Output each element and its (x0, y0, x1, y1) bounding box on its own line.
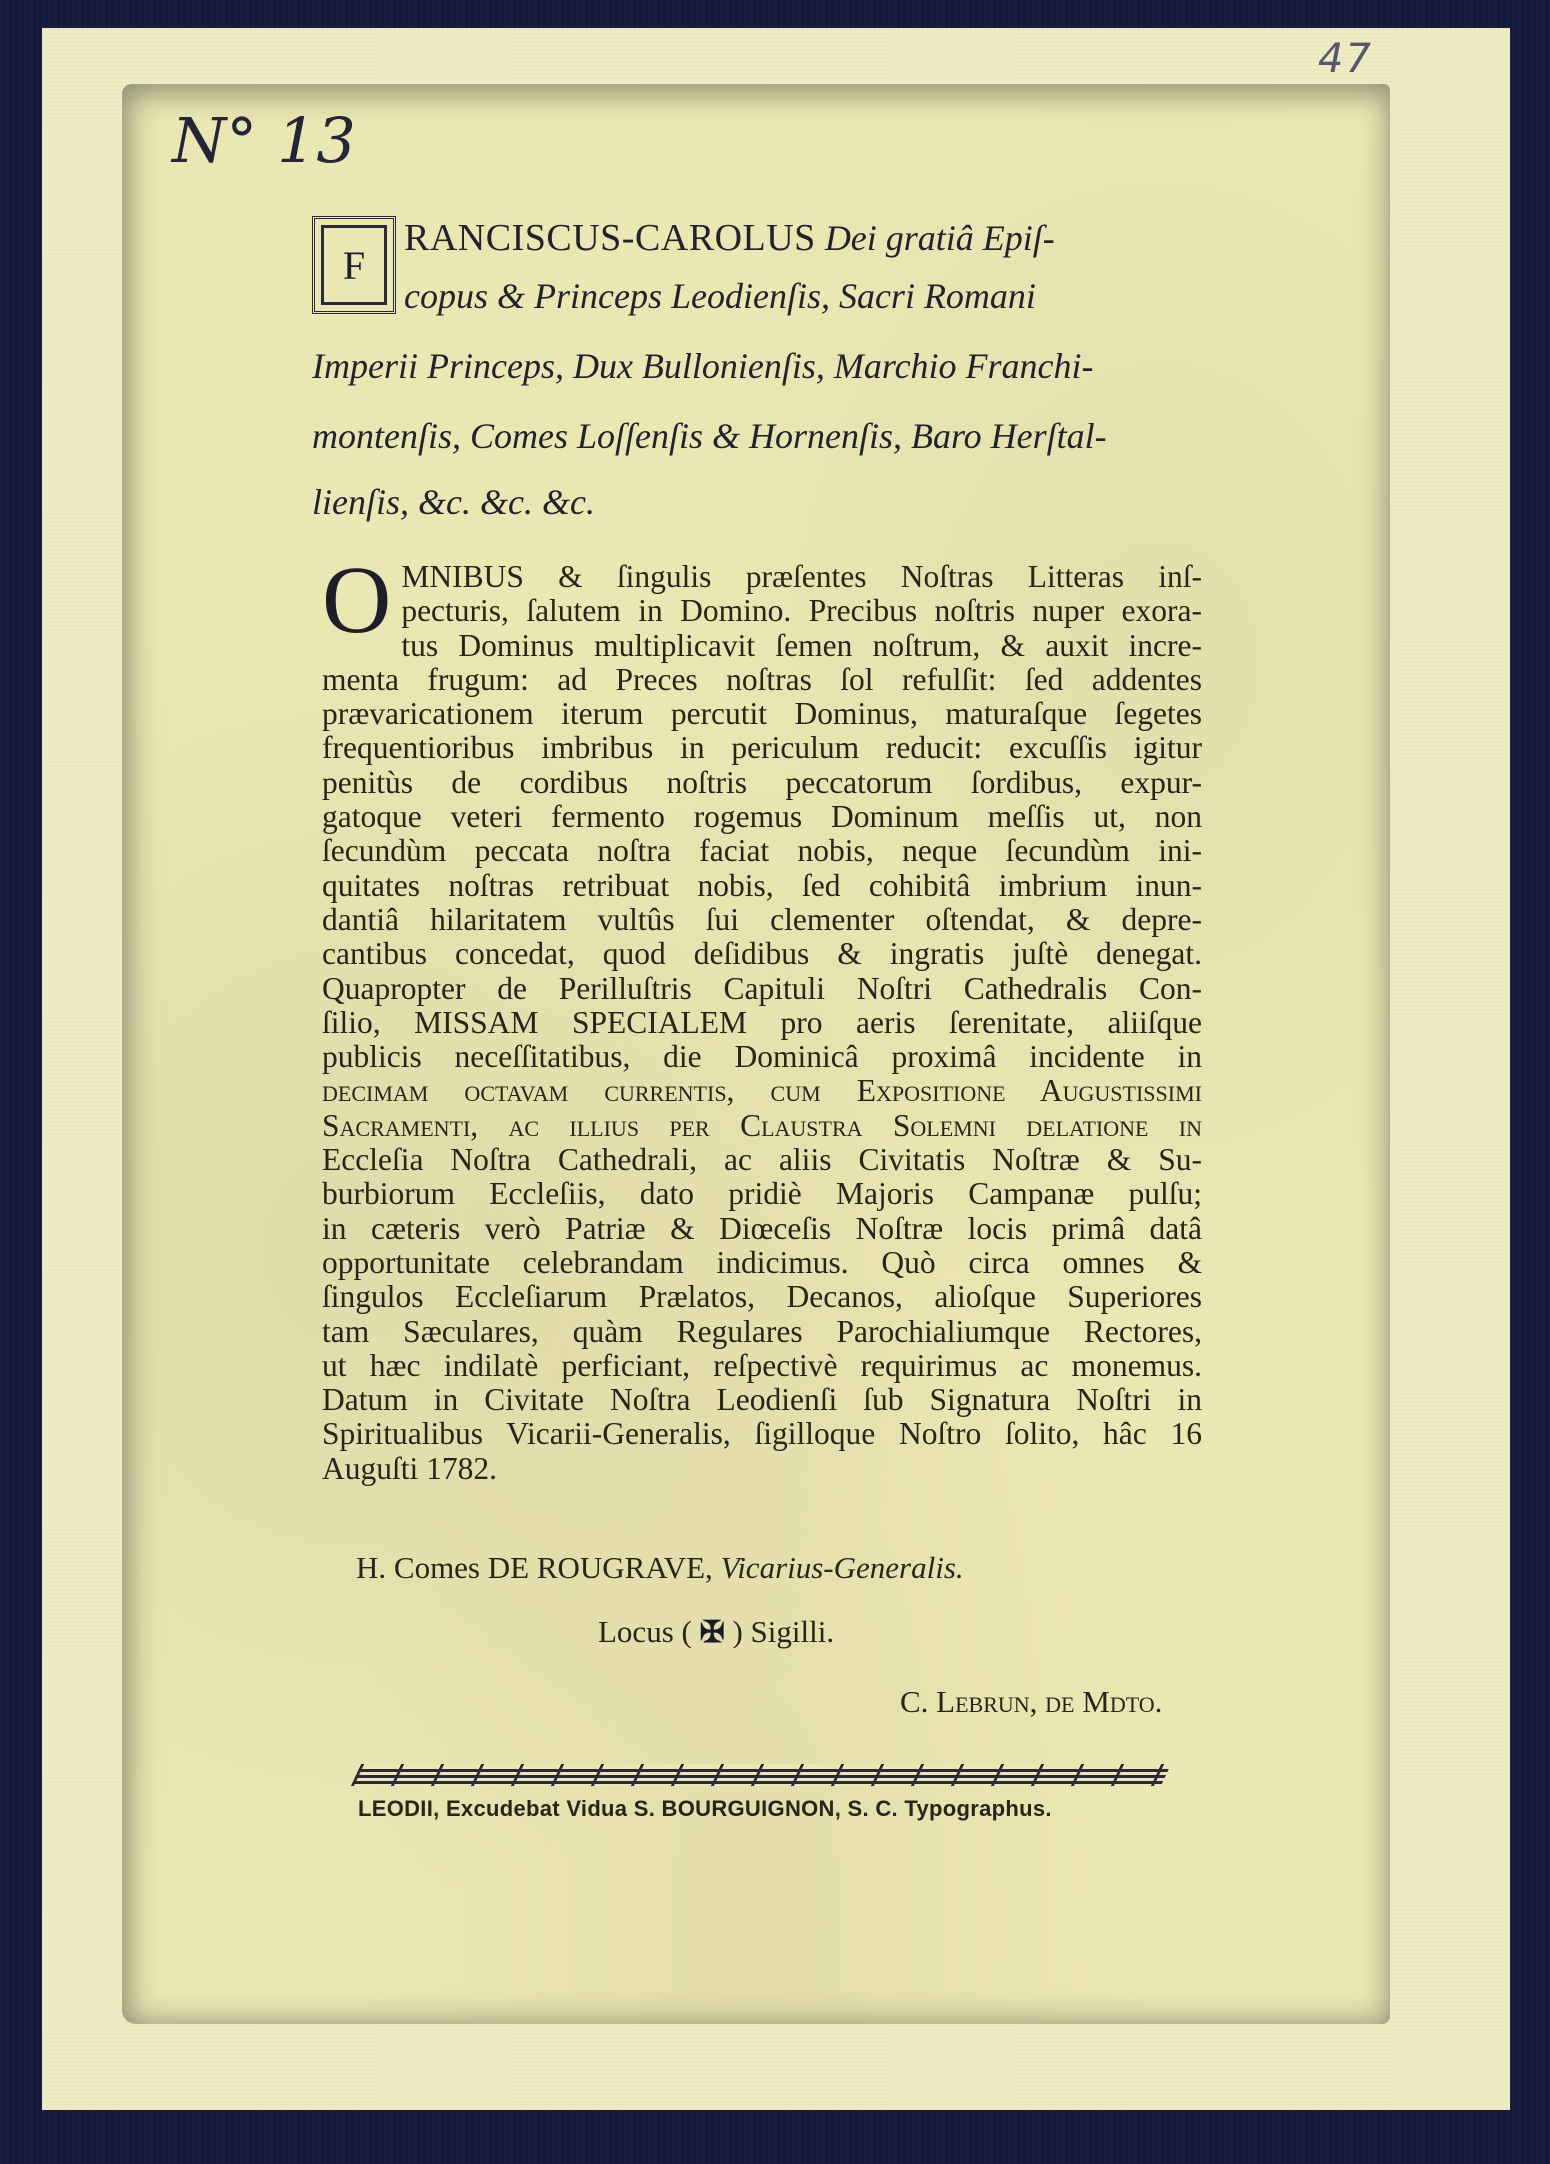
body-line: cantibus concedat, quod deſidibus & ingr… (322, 937, 1202, 971)
seal-label-before: Locus ( (598, 1614, 692, 1649)
body-line: burbiorum Eccleſiis, dato pridiè Majoris… (322, 1177, 1202, 1211)
title-name: RANCISCUS-CAROLUS (404, 217, 816, 259)
printer-imprint: LEODII, Excudebat Vidua S. BOURGUIGNON, … (358, 1796, 1052, 1822)
signatory-title: Vicarius-Generalis. (721, 1550, 964, 1585)
body-line: prævaricationem iterum percutit Dominus,… (322, 697, 1202, 731)
dropcap-o: O (322, 562, 391, 638)
signature-line: H. Comes DE ROUGRAVE, Vicarius-Generalis… (356, 1550, 964, 1586)
body-line: Datum in Civitate Noſtra Leodienſi ſub S… (322, 1383, 1202, 1417)
body-line: Quapropter de Perilluſtris Capituli Noſt… (322, 972, 1202, 1006)
body-line: in cæteris verò Patriæ & Diœceſis Noſtræ… (322, 1212, 1202, 1246)
title-line-2: copus & Princeps Leodienſis, Sacri Roman… (404, 274, 1036, 318)
title-line-1: RANCISCUS-CAROLUS Dei gratiâ Epiſ- (404, 216, 1055, 260)
cross-pattee-icon: ✠ (700, 1616, 725, 1649)
body-line: dantiâ hilaritatem vultûs ſui clementer … (322, 903, 1202, 937)
body-line: publicis neceſſitatibus, die Dominicâ pr… (322, 1040, 1202, 1074)
body-line: Spiritualibus Vicarii-Generalis, ſigillo… (322, 1417, 1202, 1451)
ornamental-dropcap-f: F (312, 216, 396, 314)
body-line-date: Auguſti 1782. (322, 1452, 1202, 1486)
body-line: gatoque veteri fermento rogemus Dominum … (322, 800, 1202, 834)
title-line-1-rest: Dei gratiâ Epiſ- (816, 218, 1055, 258)
body-line: penitùs de cordibus noſtris peccatorum ſ… (322, 766, 1202, 800)
body-line: Sacramenti, ac illius per Clauſtra Solem… (322, 1109, 1202, 1143)
body-line: tus Dominus multiplicavit ſemen noſtrum,… (322, 629, 1202, 663)
handwritten-number: N° 13 (172, 104, 356, 177)
body-line: ut hæc indilatè perficiant, reſpectivè r… (322, 1349, 1202, 1383)
signatory-name: H. Comes DE ROUGRAVE, (356, 1550, 713, 1585)
title-line-3: Imperii Princeps, Dux Bullonienſis, Marc… (312, 344, 1094, 388)
body-line: opportunitate celebrandam indicimus. Quò… (322, 1246, 1202, 1280)
ornamental-rule (351, 1764, 1171, 1786)
body-line: ſilio, MISSAM SPECIALEM pro aeris ſereni… (322, 1006, 1202, 1040)
body-line: ſecundùm peccata noſtra faciat nobis, ne… (322, 834, 1202, 868)
seal-place: Locus ( ✠ ) Sigilli. (598, 1614, 834, 1650)
body-line: MNIBUS & ſingulis præſentes Noſtras Litt… (322, 560, 1202, 594)
body-line: quitates noſtras retribuat nobis, ſed co… (322, 869, 1202, 903)
body-line: ſingulos Eccleſiarum Prælatos, Decanos, … (322, 1280, 1202, 1314)
title-line-5: lienſis, &c. &c. &c. (312, 480, 595, 524)
title-line-4: montenſis, Comes Loſſenſis & Hornenſis, … (312, 414, 1107, 458)
countersignature: C. Lebrun, de Mdto. (900, 1684, 1162, 1720)
body-line: Eccleſia Noſtra Cathedrali, ac aliis Civ… (322, 1143, 1202, 1177)
seal-label-after: ) Sigilli. (732, 1614, 834, 1649)
decree-body: O MNIBUS & ſingulis præſentes Noſtras Li… (322, 560, 1202, 1486)
body-line: frequentioribus imbribus in periculum re… (322, 731, 1202, 765)
body-line: decimam octavam currentis, cum Expoſitio… (322, 1074, 1202, 1108)
body-line: menta frugum: ad Preces noſtras ſol refu… (322, 663, 1202, 697)
body-line: tam Sæculares, quàm Regulares Parochiali… (322, 1315, 1202, 1349)
body-line: pecturis, ſalutem in Domino. Precibus no… (322, 594, 1202, 628)
pencil-folio-number: 47 (1318, 36, 1373, 82)
